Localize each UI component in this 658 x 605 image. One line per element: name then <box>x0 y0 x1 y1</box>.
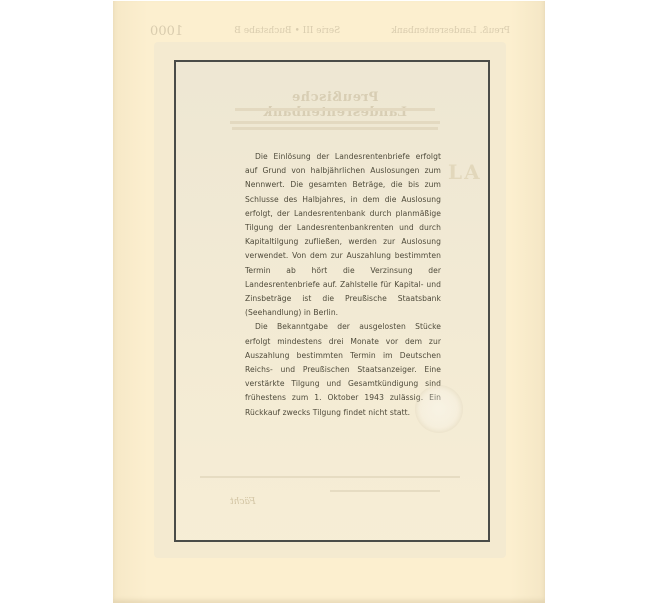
show-through-denomination: 1000 <box>150 24 183 39</box>
show-through-line <box>200 476 460 478</box>
redemption-paragraph: Die Einlösung der Landesrentenbriefe erf… <box>245 150 441 320</box>
show-through-large-letters: LA <box>448 160 482 184</box>
show-through-series: Serie III • Buchstabe B <box>234 26 340 36</box>
announcement-paragraph: Die Bekanntgabe der ausgelosten Stücke e… <box>245 320 441 419</box>
show-through-issuer: Preuß. Landesrentenbank <box>391 26 510 36</box>
show-through-header-line: Preuß. Landesrentenbank Serie III • Buch… <box>150 24 510 38</box>
show-through-subline <box>232 127 438 130</box>
show-through-signature: Fächt <box>230 497 255 507</box>
show-through-title: Preußische Landesrentenbank <box>220 90 450 120</box>
show-through-line <box>330 490 440 492</box>
show-through-subline <box>235 108 435 111</box>
embossed-seal <box>415 385 463 433</box>
terms-text: Die Einlösung der Landesrentenbriefe erf… <box>245 150 441 420</box>
show-through-subline <box>230 121 440 124</box>
